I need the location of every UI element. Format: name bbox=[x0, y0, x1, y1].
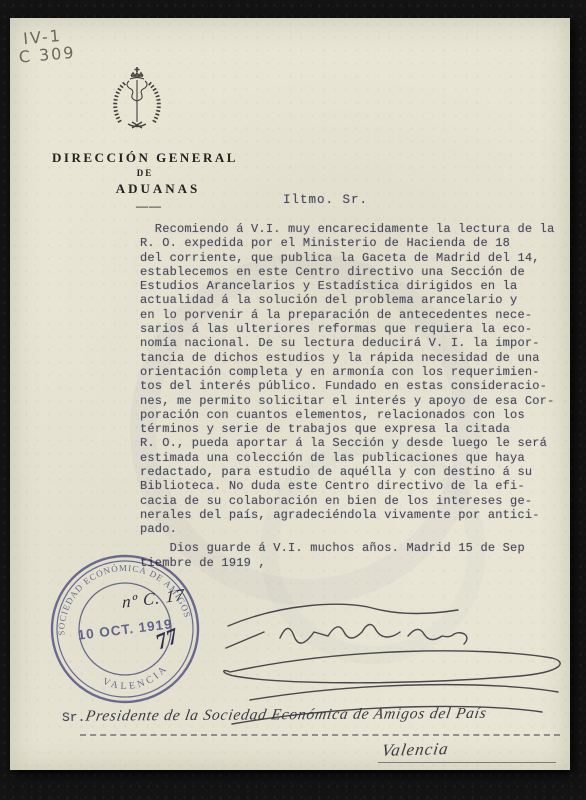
body-line: R. O. expedida por el Ministerio de Haci… bbox=[140, 236, 564, 250]
city-underline bbox=[378, 762, 556, 763]
body-line: Recomiendo á V.I. muy encarecidamente la… bbox=[140, 222, 564, 236]
body-line: pado. bbox=[140, 522, 564, 536]
salutation: Iltmo. Sr. bbox=[283, 193, 368, 207]
body-line: orientación completa y en armonía con lo… bbox=[140, 365, 564, 379]
letter-page: IV-1 C 309 DIRECCIÓN GENERAL DE ADUANAS … bbox=[10, 18, 570, 770]
archival-code-note: IV-1 C 309 bbox=[23, 26, 77, 66]
customs-crest-icon bbox=[106, 64, 168, 134]
svg-text:VALENCIA: VALENCIA bbox=[99, 662, 173, 696]
body-line: términos y serie de trabajos que expresa… bbox=[140, 422, 564, 436]
body-line: redactado, para estudio de aquélla y con… bbox=[140, 465, 564, 479]
body-line: actualidad á la solución del problema ar… bbox=[140, 293, 564, 307]
body-line: nomía nacional. De su lectura deducirá V… bbox=[140, 336, 564, 350]
body-line: poración con cuantos elementos, relacion… bbox=[140, 408, 564, 422]
addressee-underline bbox=[80, 734, 560, 736]
letterhead-org-name: DIRECCIÓN GENERAL bbox=[50, 150, 240, 166]
letterhead-rule: —— bbox=[58, 199, 240, 214]
body-line: establecemos en este Centro directivo un… bbox=[140, 265, 564, 279]
letter-body: Recomiendo á V.I. muy encarecidamente la… bbox=[140, 222, 564, 537]
city-line: Valencia bbox=[380, 739, 450, 761]
scan-background: IV-1 C 309 DIRECCIÓN GENERAL DE ADUANAS … bbox=[0, 0, 586, 800]
closing-block: Dios guarde á V.I. muchos años. Madrid 1… bbox=[140, 541, 564, 570]
body-line: tancia de dichos estudios y la rápida ne… bbox=[140, 351, 564, 365]
closing-line: Dios guarde á V.I. muchos años. Madrid 1… bbox=[140, 541, 564, 556]
body-line: sarios á las ulteriores reformas que req… bbox=[140, 322, 564, 336]
body-line: Biblioteca. No duda este Centro directiv… bbox=[140, 479, 564, 493]
entry-stamp-icon: SOCIEDAD ECONÓMICA DE AMIGOS DEL PAÍS VA… bbox=[39, 543, 211, 715]
addressee-prefix: Sr. bbox=[62, 710, 85, 725]
body-line: estimada una colección de las publicacio… bbox=[140, 451, 564, 465]
letterhead: DIRECCIÓN GENERAL DE ADUANAS —— bbox=[50, 150, 240, 214]
body-line: cacia de su colaboración en bien de los … bbox=[140, 494, 564, 508]
letterhead-org-aduanas: ADUANAS bbox=[76, 181, 240, 197]
body-line: nes, me permito solicitar el interés y a… bbox=[140, 394, 564, 408]
addressee-line: Presidente de la Sociedad Económica de A… bbox=[84, 704, 568, 725]
body-line: en lo porvenir á la preparación de antec… bbox=[140, 308, 564, 322]
body-line: tos del interés público. Fundado en esta… bbox=[140, 379, 564, 393]
stamp-arc-bottom-text: VALENCIA bbox=[99, 662, 173, 696]
letterhead-org-de: DE bbox=[50, 168, 240, 178]
body-line: del corriente, que publica la Gaceta de … bbox=[140, 251, 564, 265]
archival-code-line: C 309 bbox=[18, 44, 76, 67]
body-line: nerales del país, agradeciéndola vivamen… bbox=[140, 508, 564, 522]
closing-line: tiembre de 1919 , bbox=[140, 556, 564, 571]
body-line: R. O., pueda aportar á la Sección y desd… bbox=[140, 436, 564, 450]
body-line: Estudios Arancelarios y Estadística diri… bbox=[140, 279, 564, 293]
